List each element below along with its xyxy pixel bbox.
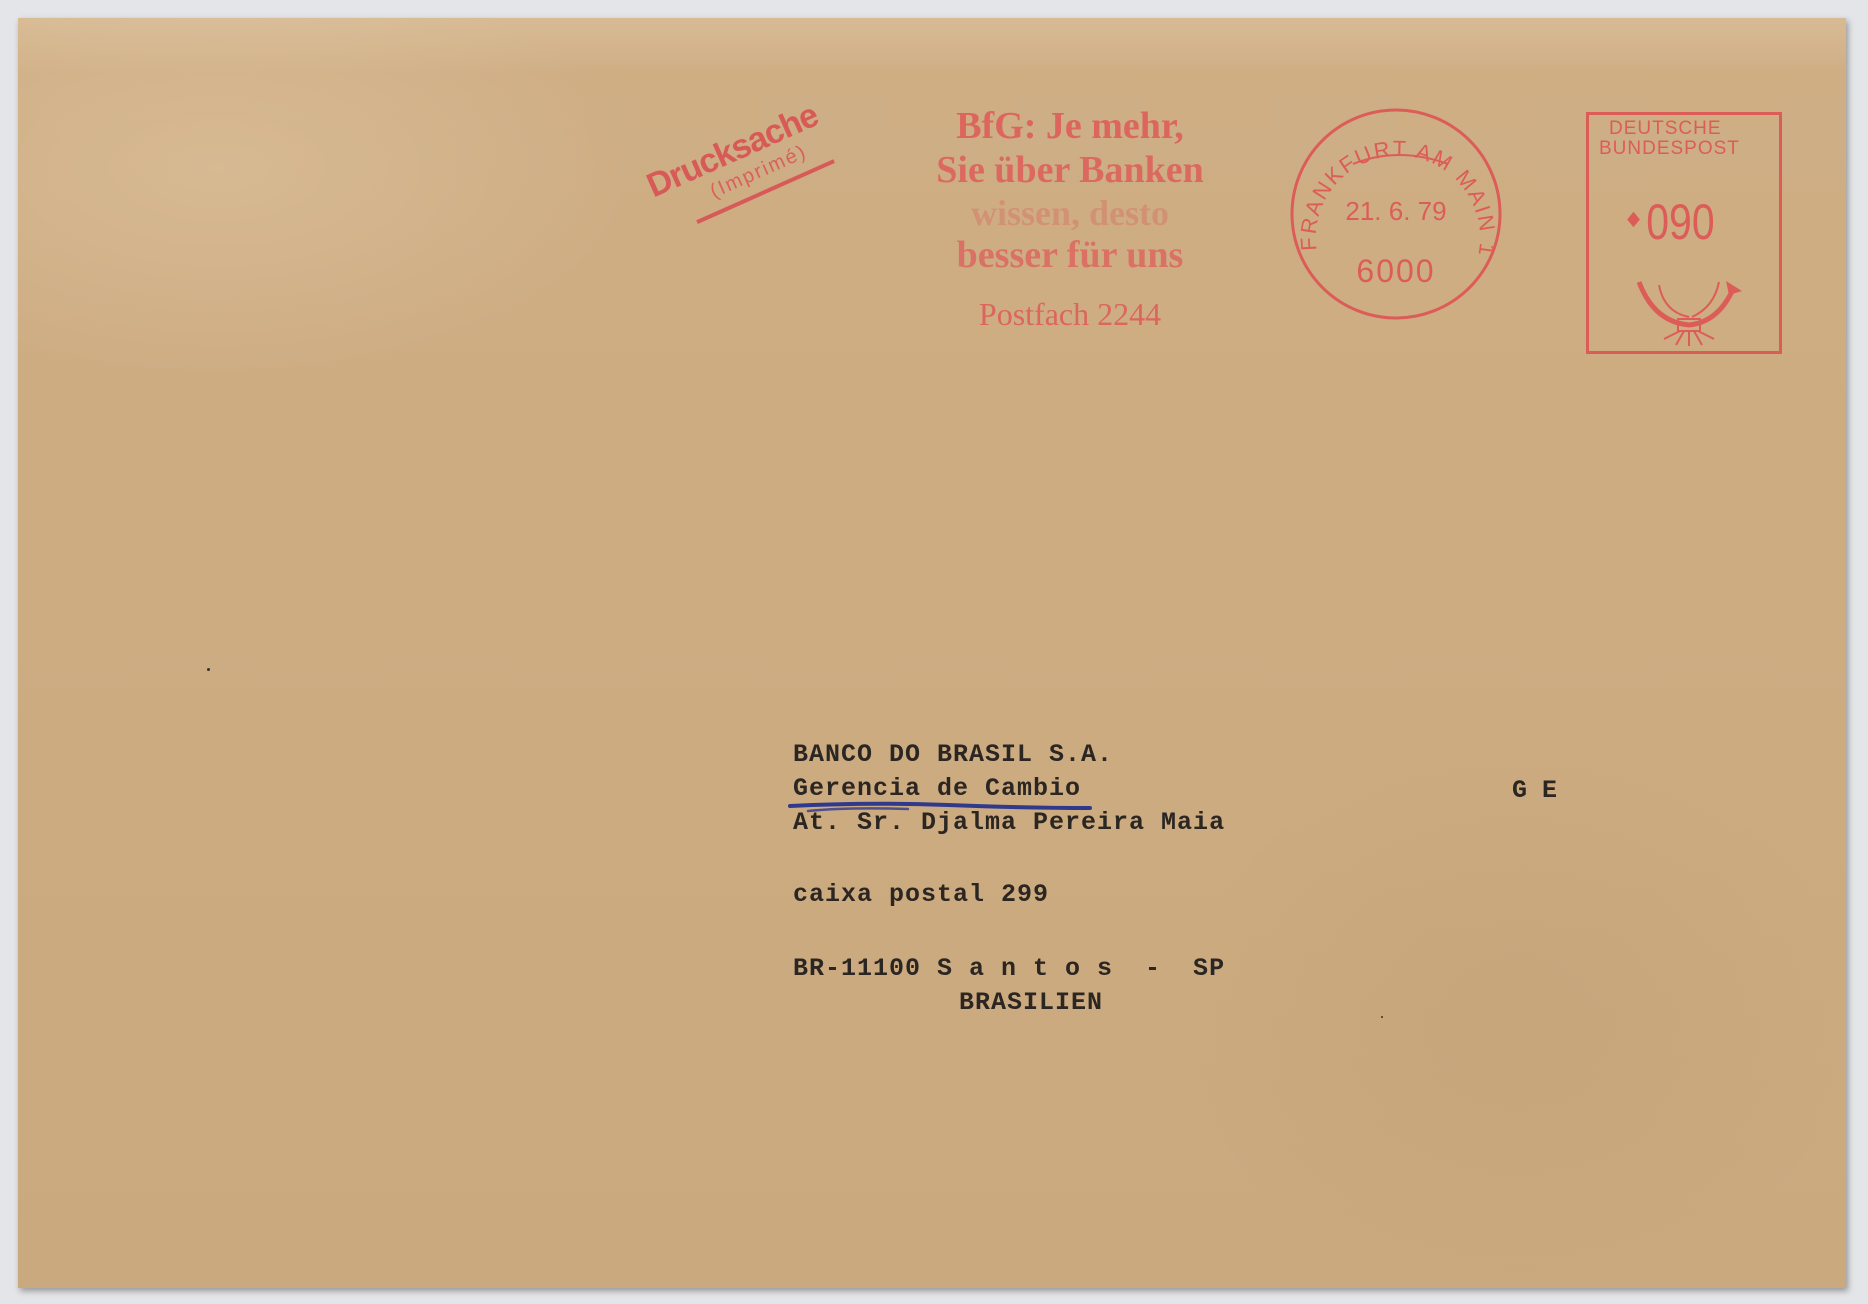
meter-line-2: BUNDESPOST xyxy=(1599,139,1740,159)
diamond-icon xyxy=(1627,212,1640,228)
speck xyxy=(207,668,210,671)
speck xyxy=(1381,1016,1383,1018)
postmark-postcode: 6000 xyxy=(1356,253,1435,289)
address-line-6: BRASILIEN xyxy=(959,988,1103,1017)
meter-line-1: DEUTSCHE xyxy=(1599,119,1740,139)
envelope-crease xyxy=(18,18,1846,98)
address-line-2: Gerencia de Cambio xyxy=(793,774,1081,803)
meter-value-text: 090 xyxy=(1646,194,1714,250)
address-line-5: BR-11100 S a n t o s - SP xyxy=(793,954,1225,983)
posthorn-icon xyxy=(1634,277,1744,347)
address-line-1: BANCO DO BRASIL S.A. xyxy=(793,740,1113,769)
franking-meter: DEUTSCHE BUNDESPOST 090 xyxy=(1586,112,1782,354)
pen-underline xyxy=(788,800,1093,814)
slogan-line-3: wissen, desto xyxy=(880,192,1260,234)
slogan-line-4: besser für uns xyxy=(880,234,1260,276)
slogan-postfach: Postfach 2244 xyxy=(880,294,1260,334)
meter-value: 090 xyxy=(1629,193,1715,251)
meter-header: DEUTSCHE BUNDESPOST xyxy=(1599,119,1740,159)
slogan-line-1: BfG: Je mehr, xyxy=(880,104,1260,148)
postmark-date: 21. 6. 79 xyxy=(1345,196,1446,226)
address-line-4: caixa postal 299 xyxy=(793,880,1049,909)
circular-postmark: FRANKFURT AM MAIN 1 21. 6. 79 6000 xyxy=(1288,106,1504,322)
reference-code: G E xyxy=(1512,776,1557,805)
meter-slogan: BfG: Je mehr, Sie über Banken wissen, de… xyxy=(880,104,1260,334)
slogan-line-2: Sie über Banken xyxy=(880,148,1260,192)
